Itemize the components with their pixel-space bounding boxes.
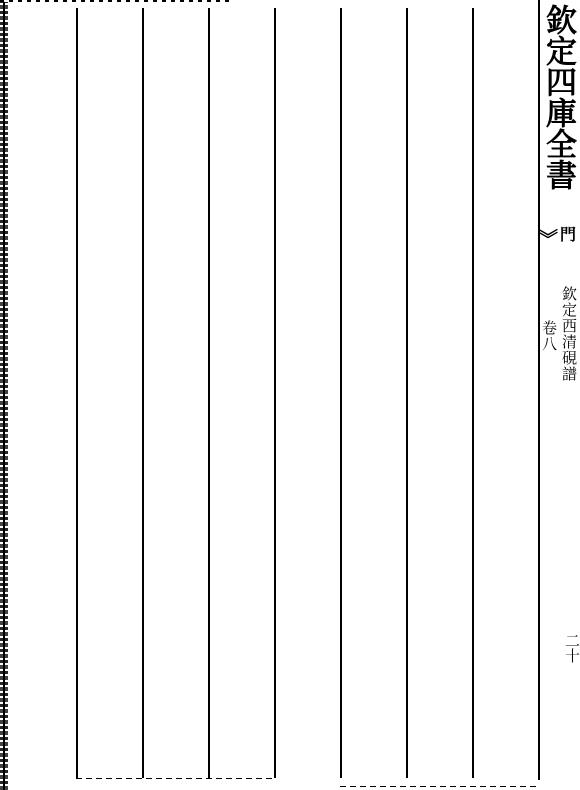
fishtail-icon: ︾	[538, 224, 558, 254]
column-rule	[340, 8, 342, 778]
column-rule	[142, 8, 144, 778]
volume-label: 卷八	[540, 320, 558, 352]
book-title: 欽定西清硯譜	[560, 286, 578, 382]
column-rule	[472, 8, 474, 778]
top-edge-noise	[0, 0, 230, 2]
scanned-page: 欽定四庫全書 ︾ 門 欽定西清硯譜 卷八 二十	[0, 0, 580, 790]
column-rule	[274, 8, 276, 778]
bottom-border	[340, 786, 540, 787]
series-title: 欽定四庫全書	[540, 4, 576, 190]
bottom-border	[76, 778, 276, 779]
column-rule	[76, 8, 78, 778]
binding-edge-line	[3, 0, 5, 790]
fishtail-mark: ︾ 門	[538, 224, 580, 254]
column-rule	[406, 8, 408, 778]
page-number: 二十	[563, 633, 580, 663]
column-rule	[208, 8, 210, 778]
fishtail-char: 門	[560, 220, 576, 250]
